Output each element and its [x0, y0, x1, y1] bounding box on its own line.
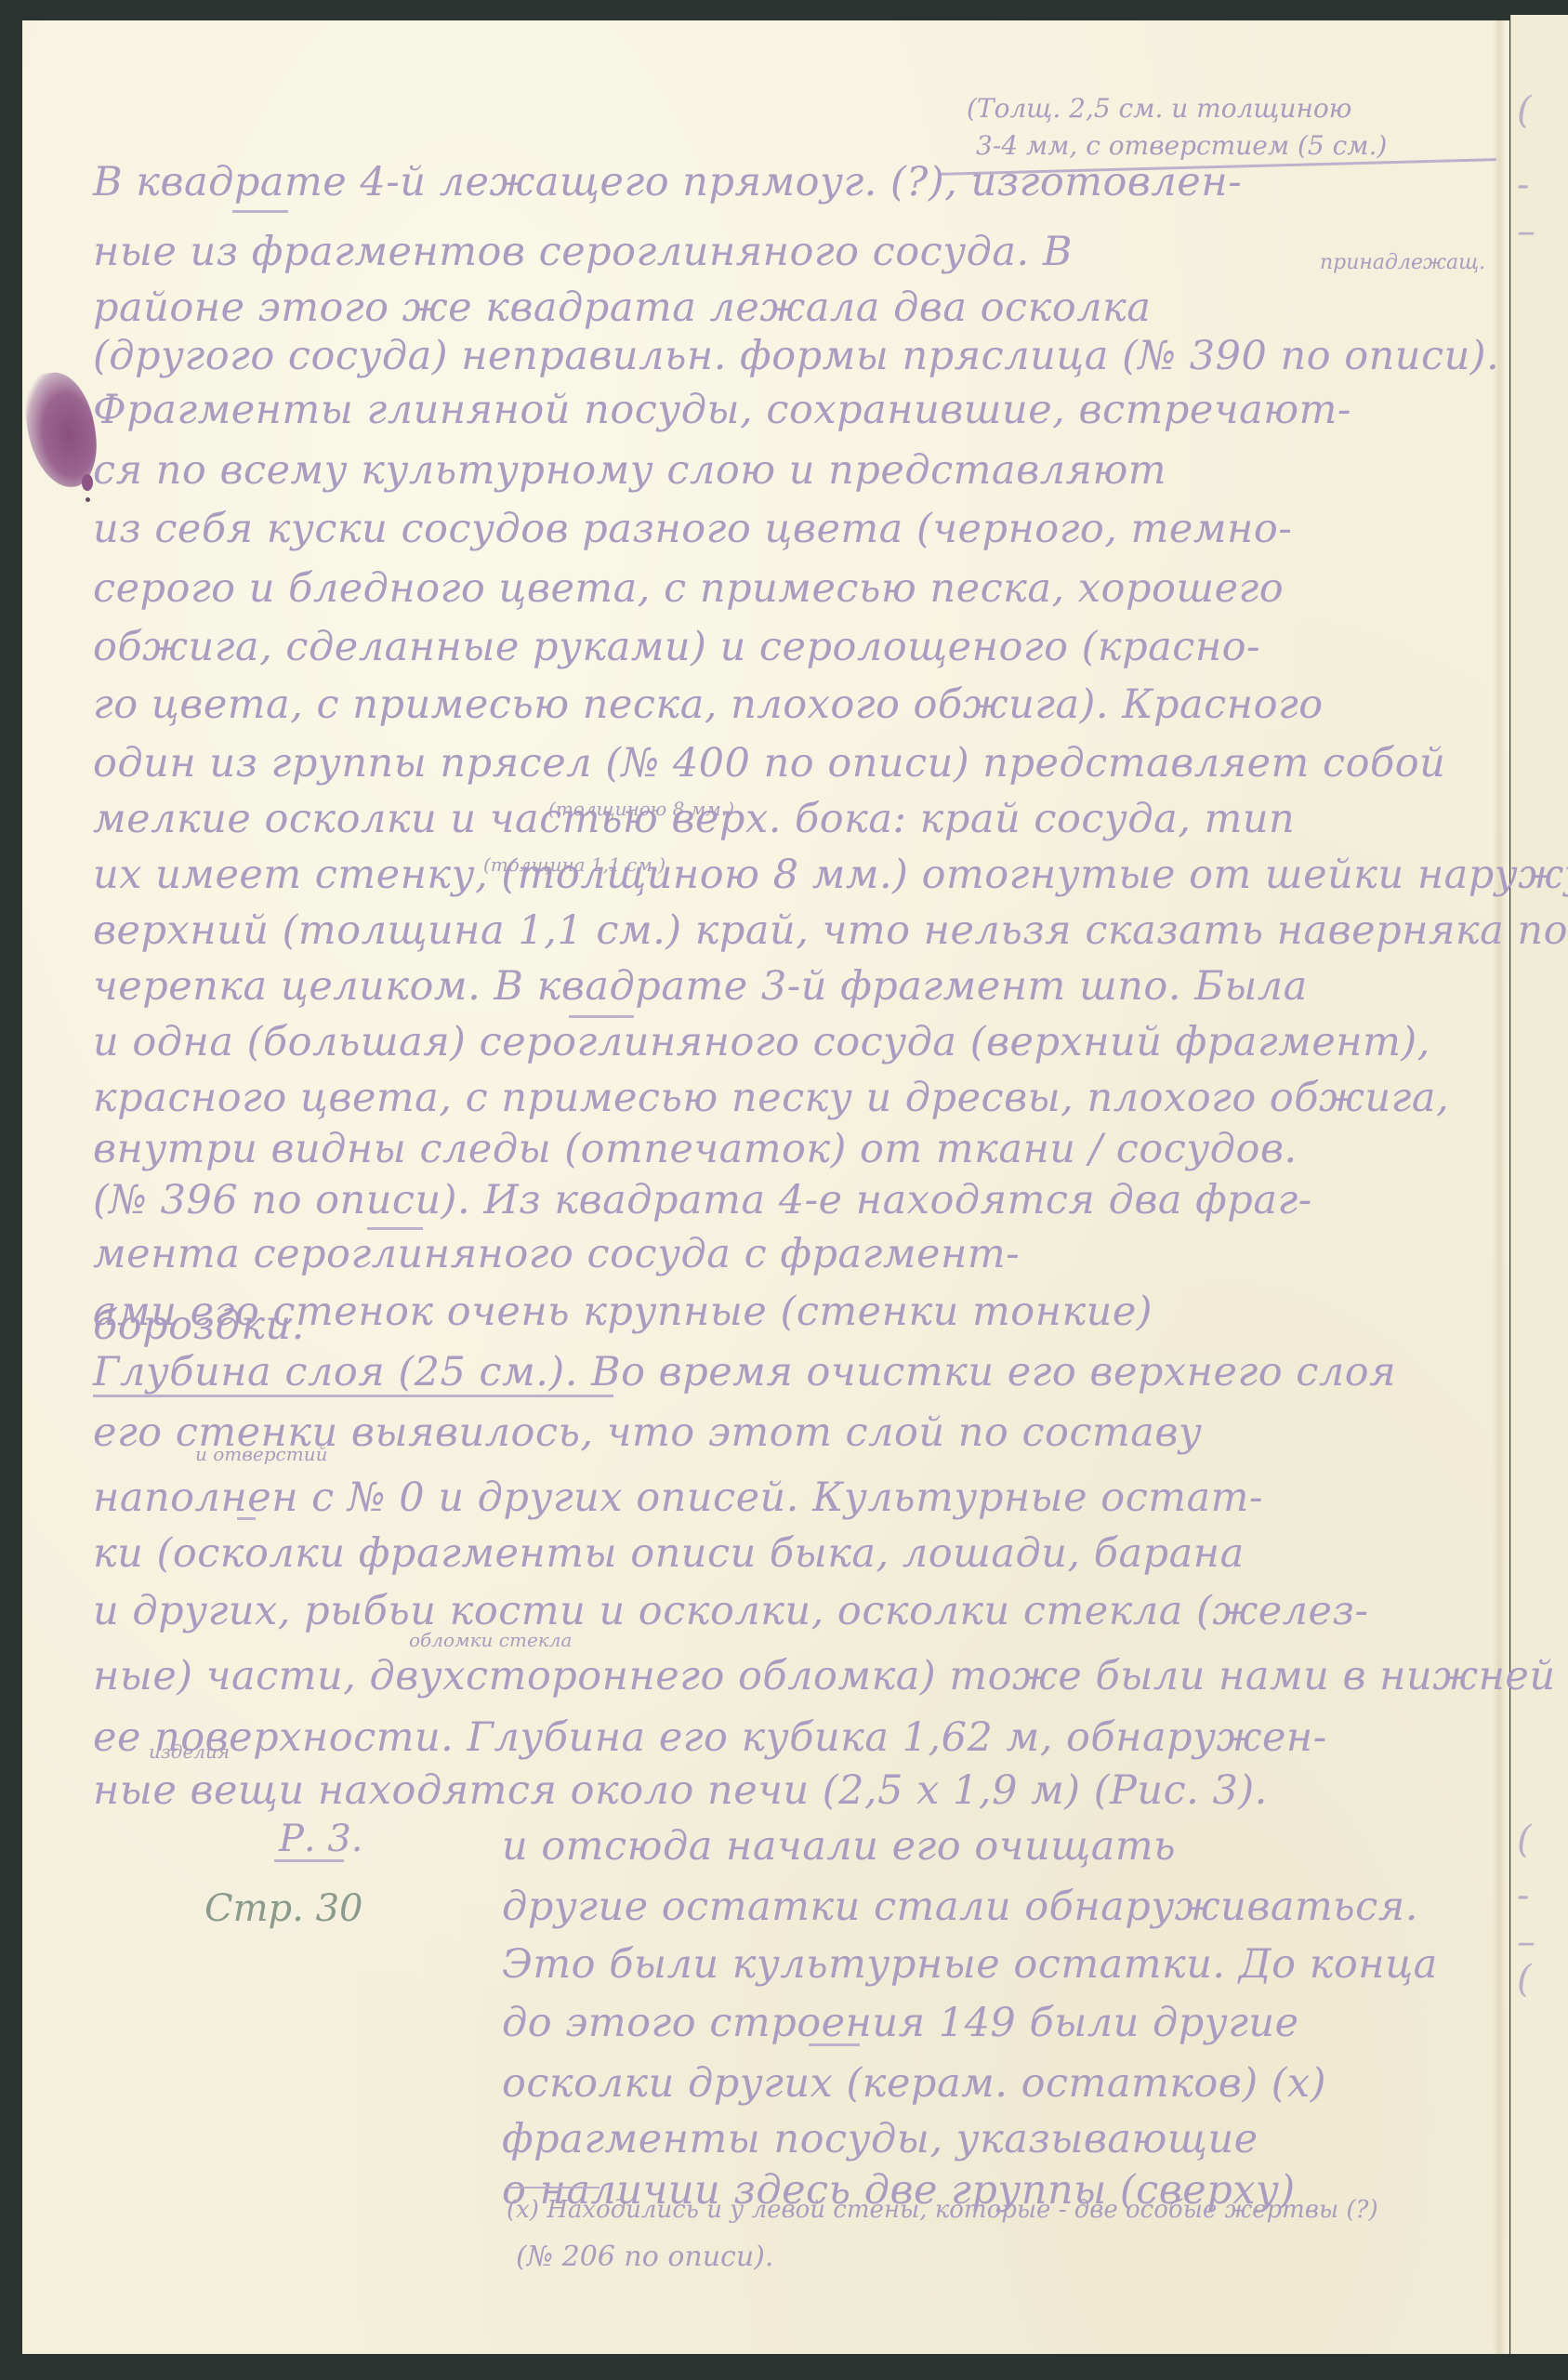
body-line: ки (осколки фрагменты описи быка, лошади…	[93, 1534, 1245, 1574]
top-annotation-line1: (Толщ. 2,5 см. и толщиною	[967, 93, 1351, 124]
body-line: ные) части, двухстороннего обломка) тоже…	[93, 1657, 1556, 1697]
underline	[569, 1015, 634, 1018]
right-block-line: другие остатки стали обнаруживаться.	[502, 1887, 1418, 1927]
right-block-line: осколки других (керам. остатков) (x)	[502, 2064, 1326, 2104]
superscript-insert: (толщиною 8 мм.)	[548, 798, 734, 820]
body-line: их имеет стенку, (толщиною 8 мм.) отогну…	[93, 855, 1568, 895]
page-reference: Стр. 30	[204, 1887, 362, 1930]
superscript-insert: принадлежащ.	[1320, 251, 1485, 274]
body-line: внутри видны следы (отпечаток) от ткани …	[93, 1130, 1298, 1170]
body-line: из себя куски сосудов разного цвета (чер…	[93, 509, 1292, 549]
ink-drop	[86, 497, 90, 502]
right-block-line: и отсюда начали его очищать	[502, 1827, 1176, 1867]
body-line: бороздки.	[93, 1306, 305, 1346]
right-block-line: Это были культурные остатки. До конца	[502, 1945, 1438, 1985]
superscript-insert: обломки стекла	[409, 1629, 572, 1651]
adjacent-page-fragment: (	[1517, 89, 1532, 132]
underline	[93, 1395, 613, 1397]
body-line: ные из фрагментов сероглиняного сосуда. …	[93, 232, 1073, 272]
superscript-insert: изделия	[149, 1740, 230, 1763]
adjacent-page-fragment: (	[1517, 1818, 1532, 1861]
right-block-line: до этого строения 149 были другие	[502, 2003, 1299, 2043]
body-line: (другого сосуда) неправильн. формы прясл…	[93, 337, 1499, 377]
body-line: Глубина слоя (25 см.). Во время очистки …	[93, 1353, 1396, 1393]
underline	[232, 210, 288, 213]
footnote-rule	[507, 2187, 600, 2188]
body-line: ные вещи находятся около печи (2,5 x 1,9…	[93, 1771, 1268, 1811]
adjacent-page-fragment: -	[1517, 164, 1530, 206]
adjacent-page-fragment: -	[1517, 1874, 1530, 1917]
superscript-insert: (толщина 1,1 см.)	[483, 853, 665, 876]
body-line: один из группы прясел (№ 400 по описи) п…	[93, 744, 1445, 784]
underline	[274, 1859, 344, 1862]
ink-drop	[82, 474, 93, 491]
underline	[237, 1517, 256, 1520]
body-line: Фрагменты глиняной посуды, сохранившие, …	[93, 390, 1351, 430]
body-line: и одна (большая) сероглиняного сосуда (в…	[93, 1023, 1430, 1063]
body-line: (№ 396 по описи). Из квадрата 4-е находя…	[93, 1181, 1312, 1221]
body-line: ся по всему культурному слою и представл…	[93, 451, 1166, 491]
figure-reference: Р. 3.	[279, 1818, 363, 1860]
body-line: черепка целиком. В квадрате 3-й фрагмент…	[93, 967, 1308, 1007]
body-line: серого и бледного цвета, с примесью песк…	[93, 569, 1284, 609]
body-line: обжига, сделанные руками) и серолощеного…	[93, 628, 1260, 668]
top-annotation-line2: 3-4 мм, с отверстием (5 см.)	[976, 130, 1387, 161]
body-line: мента сероглиняного сосуда с фрагмент-	[93, 1235, 1020, 1275]
body-line: красного цвета, с примесью песку и дресв…	[93, 1078, 1449, 1118]
underline	[809, 2043, 860, 2046]
adjacent-page-fragment: –	[1517, 210, 1535, 253]
superscript-insert: и отверстий	[195, 1443, 327, 1465]
body-line: и других, рыбьи кости и осколки, осколки…	[93, 1592, 1368, 1632]
body-line: ее поверхности. Глубина его кубика 1,62 …	[93, 1718, 1327, 1758]
footnote-continuation: (№ 206 по описи).	[516, 2241, 773, 2273]
adjacent-page-edge: ( - – ( - – (	[1510, 15, 1568, 2354]
footnote-text: (x) Находились и у левой стены, которые …	[507, 2196, 1378, 2224]
right-block-line: фрагменты посуды, указывающие	[502, 2120, 1258, 2160]
underline	[367, 1227, 423, 1230]
body-line: верхний (толщина 1,1 см.) край, что нель…	[93, 911, 1568, 951]
body-line: го цвета, с примесью песка, плохого обжи…	[93, 685, 1324, 725]
body-line: наполнен с № 0 и других описей. Культурн…	[93, 1478, 1263, 1518]
body-line: В квадрате 4-й лежащего прямоуг. (?), из…	[93, 163, 1242, 203]
adjacent-page-fragment: (	[1517, 1958, 1532, 2001]
body-line: районе этого же квадрата лежала два оско…	[93, 288, 1151, 328]
